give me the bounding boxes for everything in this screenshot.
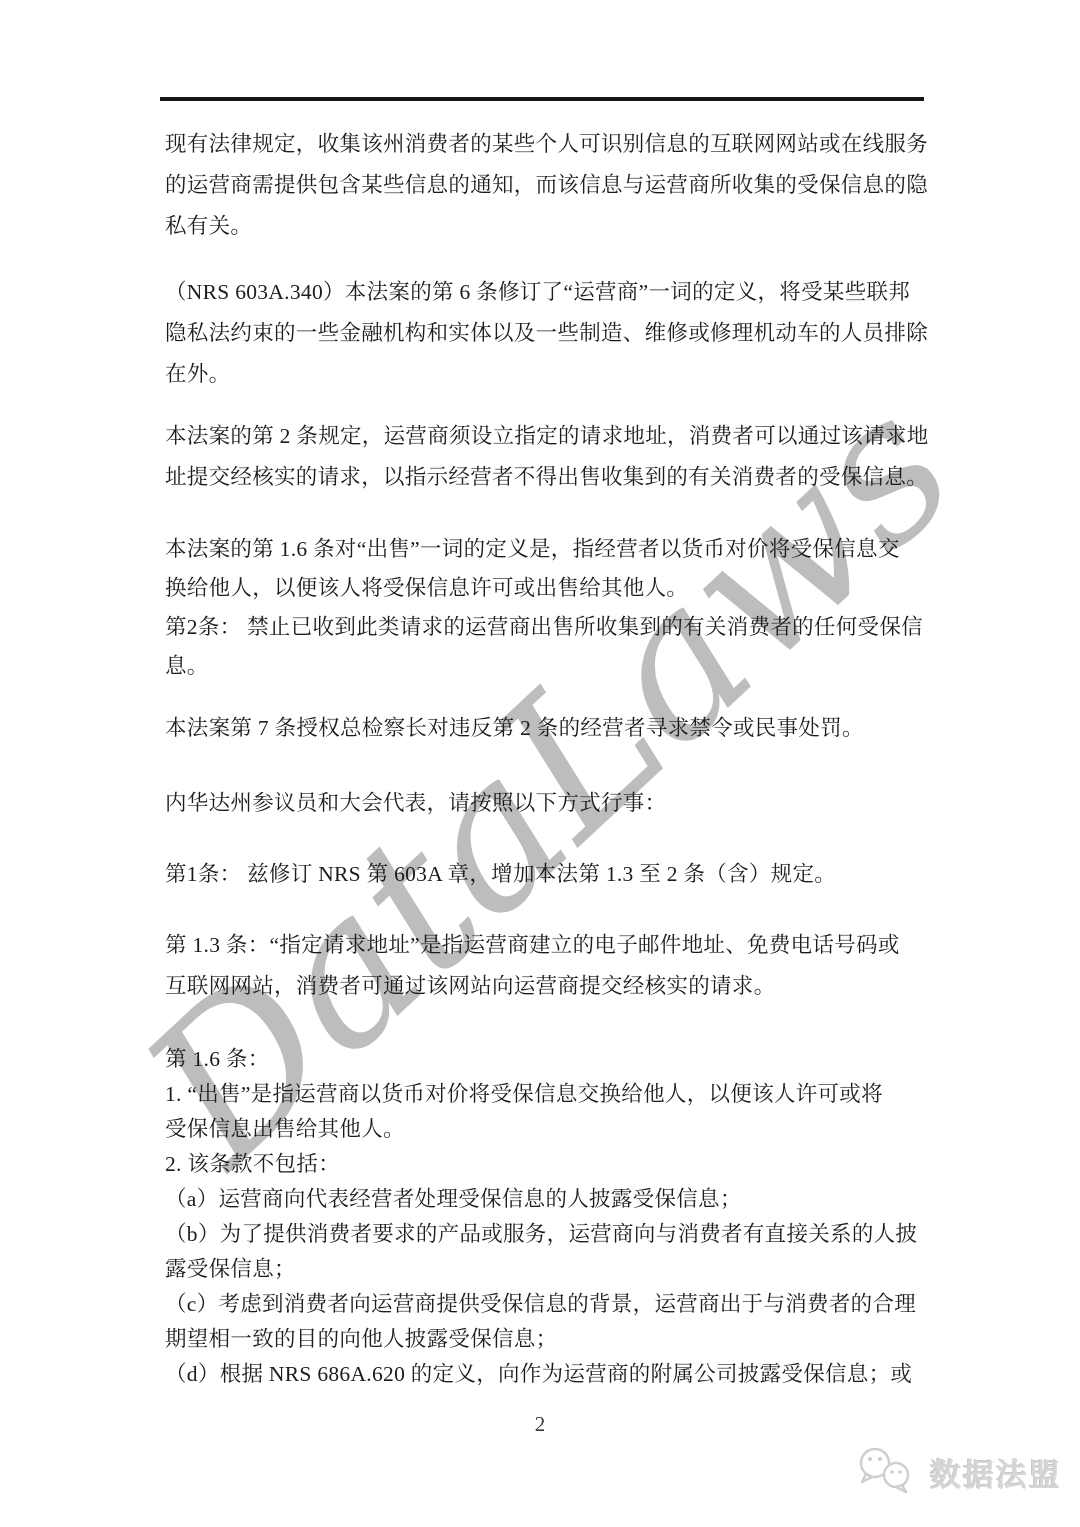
text-line: 在外。: [165, 354, 933, 395]
text-line: 隐私法约束的一些金融机构和实体以及一些制造、维修或修理机动车的人员排除: [165, 313, 933, 354]
text-line: 受保信息出售给其他人。: [165, 1112, 933, 1147]
paragraph-article-1: 第1条： 兹修订 NRS 第 603A 章，增加本法第 1.3 至 2 条（含）…: [165, 854, 933, 895]
text-line: （b）为了提供消费者要求的产品或服务，运营商向与消费者有直接关系的人披: [165, 1217, 933, 1252]
text-line: 第1条： 兹修订 NRS 第 603A 章，增加本法第 1.3 至 2 条（含）…: [165, 854, 933, 895]
paragraph-article-1-3: 第 1.3 条：“指定请求地址”是指运营商建立的电子邮件地址、免费电话号码或 互…: [165, 925, 933, 1007]
text-line: （NRS 603A.340）本法案的第 6 条修订了“运营商”一词的定义，将受某…: [165, 272, 933, 313]
page-number: 2: [0, 1412, 1080, 1437]
paragraph-existing-law: 现有法律规定，收集该州消费者的某些个人可识别信息的互联网网站或在线服务 的运营商…: [165, 124, 933, 247]
text-line: 1. “出售”是指运营商以货币对价将受保信息交换给他人，以便该人许可或将: [165, 1077, 933, 1112]
text-line: 内华达州参议员和大会代表，请按照以下方式行事：: [165, 783, 933, 824]
text-line: 现有法律规定，收集该州消费者的某些个人可识别信息的互联网网站或在线服务: [165, 124, 933, 165]
paragraph-nrs-603a-340: （NRS 603A.340）本法案的第 6 条修订了“运营商”一词的定义，将受某…: [165, 272, 933, 395]
text-line: （a）运营商向代表经营者处理受保信息的人披露受保信息；: [165, 1182, 933, 1217]
text-line: （d）根据 NRS 686A.620 的定义，向作为运营商的附属公司披露受保信息…: [165, 1357, 933, 1392]
text-line: 第2条： 禁止已收到此类请求的运营商出售所收集到的有关消费者的任何受保信: [165, 608, 933, 647]
paragraph-article-1-6: 第 1.6 条： 1. “出售”是指运营商以货币对价将受保信息交换给他人，以便该…: [165, 1042, 933, 1392]
brand-logo: 数据法盟: [854, 1446, 1062, 1498]
paragraph-section-7-summary: 本法案第 7 条授权总检察长对违反第 2 条的经营者寻求禁令或民事处罚。: [165, 708, 933, 749]
chat-bubbles-icon: [854, 1446, 920, 1498]
paragraph-section-1-6-summary: 本法案的第 1.6 条对“出售”一词的定义是，指经营者以货币对价将受保信息交 换…: [165, 530, 933, 686]
text-line: 址提交经核实的请求，以指示经营者不得出售收集到的有关消费者的受保信息。: [165, 457, 933, 498]
text-line: 期望相一致的目的向他人披露受保信息；: [165, 1322, 933, 1357]
document-page: DataLaws 现有法律规定，收集该州消费者的某些个人可识别信息的互联网网站或…: [0, 0, 1080, 1527]
brand-name: 数据法盟: [930, 1450, 1062, 1495]
text-line: 本法案的第 1.6 条对“出售”一词的定义是，指经营者以货币对价将受保信息交: [165, 530, 933, 569]
paragraph-enacting-clause: 内华达州参议员和大会代表，请按照以下方式行事：: [165, 783, 933, 824]
text-line: 本法案第 7 条授权总检察长对违反第 2 条的经营者寻求禁令或民事处罚。: [165, 708, 933, 749]
text-line: 换给他人，以便该人将受保信息许可或出售给其他人。: [165, 569, 933, 608]
text-line: 息。: [165, 647, 933, 686]
paragraph-section-2-summary: 本法案的第 2 条规定，运营商须设立指定的请求地址，消费者可以通过该请求地 址提…: [165, 416, 933, 498]
text-line: 私有关。: [165, 206, 933, 247]
text-line: 露受保信息；: [165, 1252, 933, 1287]
header-rule: [160, 97, 924, 101]
text-line: 第 1.6 条：: [165, 1042, 933, 1077]
text-line: （c）考虑到消费者向运营商提供受保信息的背景，运营商出于与消费者的合理: [165, 1287, 933, 1322]
text-line: 2. 该条款不包括：: [165, 1147, 933, 1182]
text-line: 第 1.3 条：“指定请求地址”是指运营商建立的电子邮件地址、免费电话号码或: [165, 925, 933, 966]
text-line: 本法案的第 2 条规定，运营商须设立指定的请求地址，消费者可以通过该请求地: [165, 416, 933, 457]
page-content: 现有法律规定，收集该州消费者的某些个人可识别信息的互联网网站或在线服务 的运营商…: [0, 0, 1080, 1527]
text-line: 互联网网站，消费者可通过该网站向运营商提交经核实的请求。: [165, 966, 933, 1007]
text-line: 的运营商需提供包含某些信息的通知，而该信息与运营商所收集的受保信息的隐: [165, 165, 933, 206]
